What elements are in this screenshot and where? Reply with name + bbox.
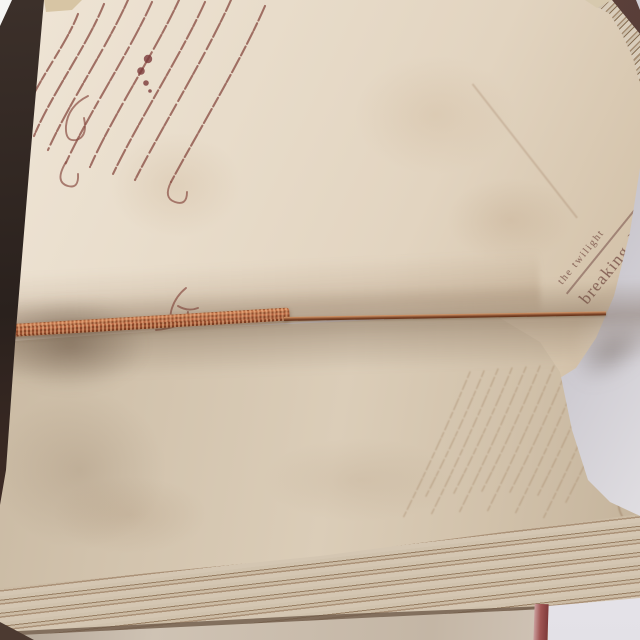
cover-red-edge bbox=[533, 604, 548, 640]
ink-blots bbox=[137, 55, 152, 93]
inscription-flourish bbox=[66, 96, 88, 140]
photo-of-open-book: the twilight breaking dawn bbox=[0, 0, 640, 640]
